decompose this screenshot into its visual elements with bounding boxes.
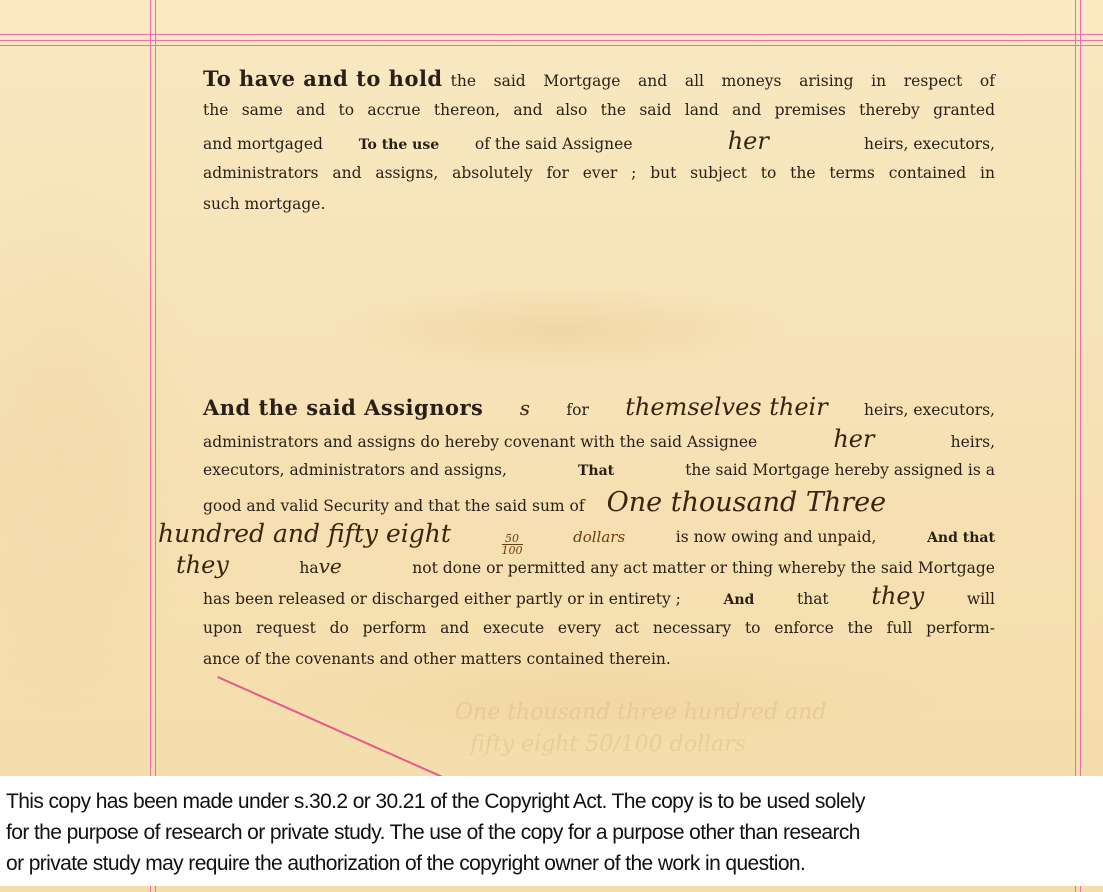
- p2-line-8: upon request do perform and execute ever…: [203, 613, 995, 645]
- copyright-notice: This copy has been made under s.30.2 or …: [0, 776, 1103, 886]
- bleedthrough-line-1: One thousand three hundred and: [455, 700, 826, 725]
- p1-line-2: the same and to accrue thereon, and also…: [203, 95, 995, 127]
- margin-line-right-2: [1080, 0, 1081, 892]
- ruling-line-top-3: [0, 45, 1103, 46]
- margin-line-left-2: [155, 0, 156, 892]
- notice-line-1: This copy has been made under s.30.2 or …: [6, 786, 1103, 817]
- p1-line-4: administrators and assigns, absolutely f…: [203, 158, 995, 190]
- handwritten-her: her: [668, 126, 828, 158]
- ruling-line-top-1: [0, 34, 1103, 35]
- p2-line-2: administrators and assigns do hereby cov…: [203, 424, 995, 456]
- p2-line-5: hundred and fifty eight 50 100 dollars i…: [158, 518, 995, 550]
- bleedthrough-line-2: fifty eight 50/100 dollars: [470, 732, 746, 757]
- handwritten-they: they: [176, 550, 229, 582]
- blackletter-heading: To have and to hold: [203, 63, 443, 95]
- blackletter-that: That: [578, 456, 614, 488]
- pink-pen-stroke: [217, 676, 446, 780]
- p1-line-1: To have and to hold the said Mortgage an…: [203, 63, 995, 95]
- handwritten-her-2: her: [833, 424, 874, 456]
- p2-line-1: And the said Assignors s for themselves …: [203, 392, 995, 424]
- p1-line-3: and mortgaged To the use of the said Ass…: [203, 126, 995, 158]
- covenant-paragraph: And the said Assignors s for themselves …: [203, 392, 995, 676]
- habendum-paragraph: To have and to hold the said Mortgage an…: [203, 63, 995, 221]
- p1-line-5: such mortgage.: [203, 189, 995, 221]
- margin-line-left-1: [150, 0, 151, 892]
- handwritten-themselves-their: themselves their: [625, 392, 827, 424]
- notice-line-2: for the purpose of research or private s…: [6, 817, 1103, 848]
- p2-line-4: good and valid Security and that the sai…: [203, 487, 1083, 519]
- p2-line-7: has been released or discharged either p…: [203, 581, 995, 613]
- p2-line-9: ance of the covenants and other matters …: [203, 644, 995, 676]
- handwritten-sum-part1: One thousand Three: [607, 487, 886, 519]
- blackletter-and-that: And that: [927, 523, 995, 555]
- notice-line-3: or private study may require the authori…: [6, 848, 1103, 879]
- handwritten-sum-part2: hundred and fifty eight: [158, 518, 451, 550]
- p2-line-3: executors, administrators and assigns, T…: [203, 455, 995, 487]
- margin-line-right-1: [1075, 0, 1076, 892]
- p2-line-6: they have not done or permitted any act …: [176, 550, 995, 582]
- ruling-line-top-2: [0, 40, 1103, 41]
- blackletter-assignors: And the said Assignors: [203, 392, 483, 424]
- handwritten-they-2: they: [871, 581, 924, 613]
